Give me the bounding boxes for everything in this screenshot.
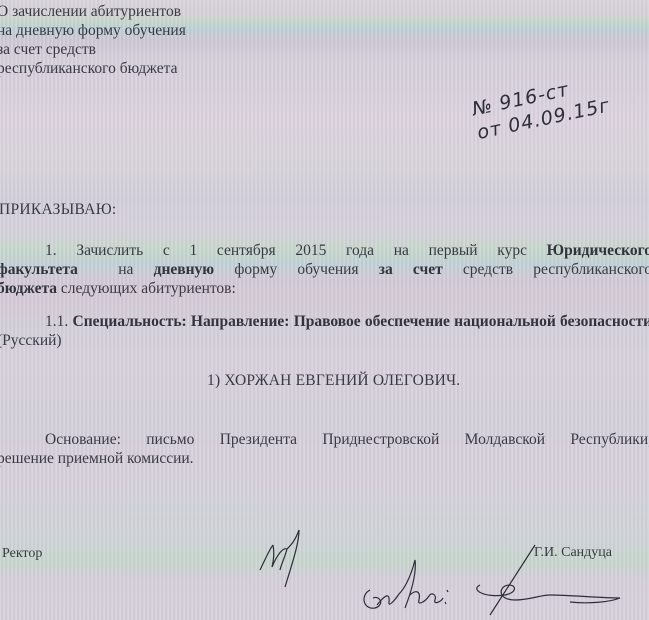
language-note: (Русский): [0, 332, 62, 349]
order-subject: О зачислении абитуриентов на дневную фор…: [0, 2, 186, 78]
order-heading: ПРИКАЗЫВАЮ:: [0, 200, 117, 219]
second-signature: [460, 540, 630, 620]
subject-line: за счет средств: [0, 40, 186, 59]
paragraph-bold: счет: [413, 261, 443, 278]
subject-line: на дневную форму обучения: [0, 21, 186, 40]
basis-paragraph: Основание: письмо Президента Приднестров…: [0, 430, 649, 468]
rector-signature: [255, 525, 315, 595]
paragraph-number: 1.: [45, 242, 57, 259]
basis-line: Основание: письмо Президента Приднестров…: [45, 431, 649, 448]
paragraph-bold: за: [379, 261, 393, 278]
paragraph-text: Зачислить с 1 сентября 2015 года на перв…: [76, 242, 527, 259]
paragraph-1: 1. Зачислить с 1 сентября 2015 года на п…: [0, 241, 649, 298]
basis-line: решение приемной комиссии.: [0, 450, 194, 467]
paragraph-text: на: [118, 261, 133, 278]
paragraph-1-1: 1.1. Специальность: Направление: Правово…: [0, 312, 649, 350]
study-form: дневную: [154, 261, 215, 278]
budget-word: бюджета: [0, 280, 57, 297]
specialty-label: Специальность: Направление: Правовое обе…: [73, 313, 649, 330]
subject-line: республиканского бюджета: [0, 59, 186, 78]
registration-note-handwritten: № 916-ст от 04.09.15г: [470, 70, 612, 145]
subject-line: О зачислении абитуриентов: [0, 2, 186, 21]
order-document: О зачислении абитуриентов на дневную фор…: [0, 0, 649, 620]
certified-handwritten-signature: [355, 550, 475, 620]
paragraph-text: средств республиканского: [463, 261, 649, 278]
faculty-name-cont: факультета: [0, 261, 78, 278]
enrolled-student: 1) ХОРЖАН ЕВГЕНИЙ ОЛЕГОВИЧ.: [207, 371, 460, 390]
paragraph-text: следующих абитуриентов:: [61, 280, 236, 297]
paragraph-text: форму обучения: [234, 261, 358, 278]
signatory-position: Ректор: [2, 544, 42, 563]
faculty-name: Юридического: [547, 242, 649, 259]
paragraph-number: 1.1.: [45, 313, 68, 330]
